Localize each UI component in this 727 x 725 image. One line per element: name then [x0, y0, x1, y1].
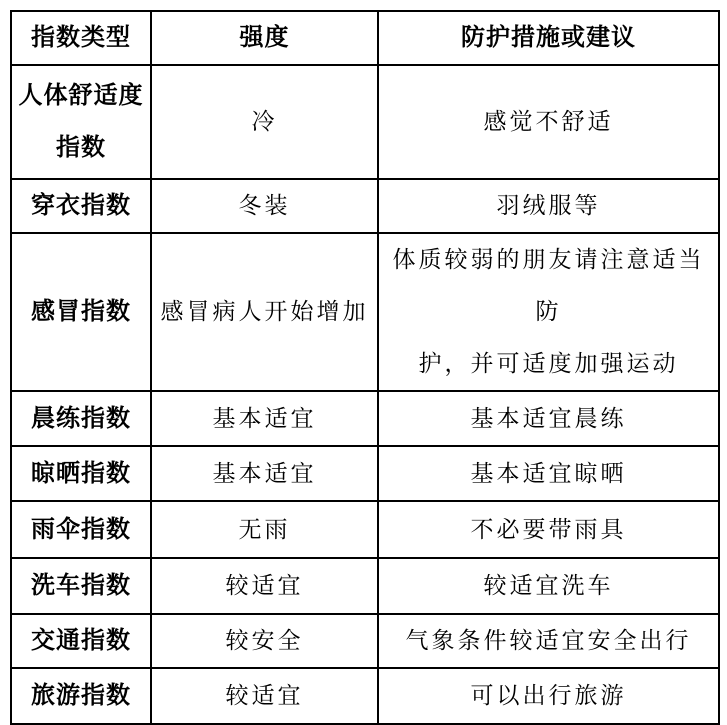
table-row: 洗车指数 较适宜 较适宜洗车: [11, 558, 719, 614]
table-row: 晨练指数 基本适宜 基本适宜晨练: [11, 391, 719, 446]
index-name-cell: 穿衣指数: [11, 179, 151, 233]
intensity-cell: 较适宜: [151, 668, 378, 724]
table-row: 人体舒适度 指数 冷 感觉不舒适: [11, 65, 719, 179]
table-row: 雨伞指数 无雨 不必要带雨具: [11, 501, 719, 558]
weather-index-page: 指数类型 强度 防护措施或建议 人体舒适度 指数 冷 感觉不舒适 穿衣指数 冬装…: [0, 0, 727, 687]
advice-cell: 感觉不舒适: [378, 65, 719, 179]
weather-index-table: 指数类型 强度 防护措施或建议 人体舒适度 指数 冷 感觉不舒适 穿衣指数 冬装…: [10, 10, 720, 725]
index-name-cell: 雨伞指数: [11, 501, 151, 558]
intensity-cell: 冬装: [151, 179, 378, 233]
index-name-cell: 感冒指数: [11, 233, 151, 391]
intensity-cell: 无雨: [151, 501, 378, 558]
index-name-cell: 旅游指数: [11, 668, 151, 724]
advice-cell: 不必要带雨具: [378, 501, 719, 558]
index-name-cell: 人体舒适度 指数: [11, 65, 151, 179]
header-intensity: 强度: [151, 11, 378, 65]
index-name-cell: 晨练指数: [11, 391, 151, 446]
advice-cell: 气象条件较适宜安全出行: [378, 614, 719, 668]
intensity-cell: 基本适宜: [151, 446, 378, 501]
advice-cell: 基本适宜晨练: [378, 391, 719, 446]
table-row: 旅游指数 较适宜 可以出行旅游: [11, 668, 719, 724]
table-header-row: 指数类型 强度 防护措施或建议: [11, 11, 719, 65]
index-name-cell: 晾晒指数: [11, 446, 151, 501]
advice-cell: 羽绒服等: [378, 179, 719, 233]
table-row: 晾晒指数 基本适宜 基本适宜晾晒: [11, 446, 719, 501]
table-row: 感冒指数 感冒病人开始增加 体质较弱的朋友请注意适当防 护，并可适度加强运动: [11, 233, 719, 391]
index-name-cell: 交通指数: [11, 614, 151, 668]
intensity-cell: 较安全: [151, 614, 378, 668]
table-row: 穿衣指数 冬装 羽绒服等: [11, 179, 719, 233]
advice-cell: 较适宜洗车: [378, 558, 719, 614]
header-advice: 防护措施或建议: [378, 11, 719, 65]
intensity-cell: 冷: [151, 65, 378, 179]
intensity-cell: 较适宜: [151, 558, 378, 614]
advice-cell: 可以出行旅游: [378, 668, 719, 724]
table-row: 交通指数 较安全 气象条件较适宜安全出行: [11, 614, 719, 668]
advice-cell: 体质较弱的朋友请注意适当防 护，并可适度加强运动: [378, 233, 719, 391]
advice-cell: 基本适宜晾晒: [378, 446, 719, 501]
intensity-cell: 感冒病人开始增加: [151, 233, 378, 391]
header-index-type: 指数类型: [11, 11, 151, 65]
index-name-cell: 洗车指数: [11, 558, 151, 614]
intensity-cell: 基本适宜: [151, 391, 378, 446]
